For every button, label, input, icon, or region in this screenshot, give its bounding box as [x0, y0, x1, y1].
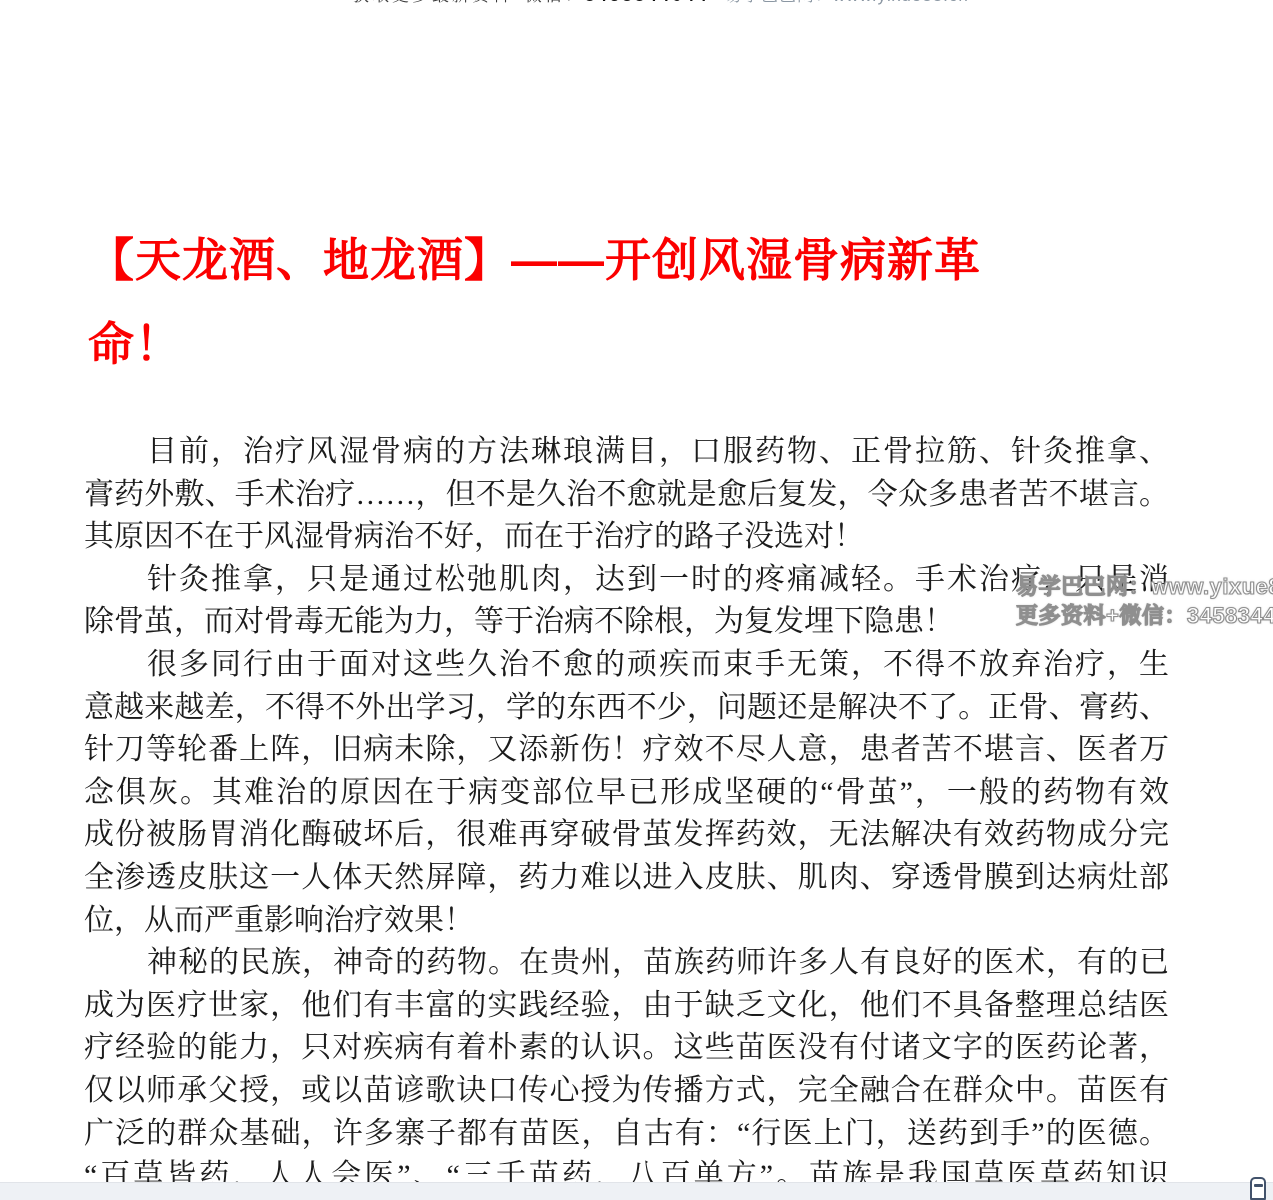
document-title-line2: 命！: [88, 302, 1178, 386]
document-body: 目前，治疗风湿骨病的方法琳琅满目，口服药物、正骨拉筋、针灸推拿、膏药外敷、手术治…: [84, 431, 1169, 1198]
watermark-wechat: 更多资料+微信：3458344044: [1016, 601, 1273, 630]
text-line: 广泛的群众基础，许多寨子都有苗医，自古有：“行医上门，送药到手”的医德。: [84, 1113, 1169, 1156]
clipped-header-text: 获取更多最新资料+微信：3458344044 易学巴巴网：www.yixue88…: [352, 0, 1222, 5]
text-line: 神秘的民族，神奇的药物。在贵州，苗族药师许多人有良好的医术，有的已: [84, 942, 1169, 985]
paragraph: 针灸推拿，只是通过松弛肌肉，达到一时的疼痛减轻。手术治疗，只是消除骨茧，而对骨毒…: [84, 559, 1169, 644]
text-line: 其原因不在于风湿骨病治不好，而在于治疗的路子没选对！: [84, 516, 1169, 559]
text-line: 疗经验的能力，只对疾病有着朴素的认识。这些苗医没有付诸文字的医药论著，: [84, 1027, 1169, 1070]
notes-panel-icon: [1254, 1184, 1263, 1187]
watermark: 易学巴巴网：www.yixue88.cn 更多资料+微信：3458344044: [1016, 572, 1273, 630]
document-title-line1: 【天龙酒、地龙酒】——开创风湿骨病新革: [88, 218, 1178, 302]
text-line: 除骨茧，而对骨毒无能为力，等于治病不除根，为复发埋下隐患！: [84, 601, 1169, 644]
text-line: 念俱灰。其难治的原因在于病变部位早已形成坚硬的“骨茧”，一般的药物有效: [84, 772, 1169, 815]
paragraph: 神秘的民族，神奇的药物。在贵州，苗族药师许多人有良好的医术，有的已成为医疗世家，…: [84, 942, 1169, 1198]
text-line: 成为医疗世家，他们有丰富的实践经验，由于缺乏文化，他们不具备整理总结医: [84, 985, 1169, 1028]
watermark-site: 易学巴巴网：www.yixue88.cn: [1016, 572, 1273, 601]
text-line: 位，从而严重影响治疗效果！: [84, 900, 1169, 943]
text-line: 全渗透皮肤这一人体天然屏障，药力难以进入皮肤、肌肉、穿透骨膜到达病灶部: [84, 857, 1169, 900]
clipped-header-left: 获取更多最新资料+微信：: [352, 0, 585, 5]
clipped-header-strip: 获取更多最新资料+微信：3458344044 易学巴巴网：www.yixue88…: [352, 0, 1222, 7]
footer-bar: [0, 1182, 1273, 1200]
text-line: 膏药外敷、手术治疗……，但不是久治不愈就是愈后复发，令众多患者苦不堪言。: [84, 474, 1169, 517]
text-line: 目前，治疗风湿骨病的方法琳琅满目，口服药物、正骨拉筋、针灸推拿、: [84, 431, 1169, 474]
document-title: 【天龙酒、地龙酒】——开创风湿骨病新革 命！: [88, 218, 1178, 386]
paragraph: 很多同行由于面对这些久治不愈的顽疾而束手无策，不得不放弃治疗，生意越来越差，不得…: [84, 644, 1169, 942]
text-line: 针灸推拿，只是通过松弛肌肉，达到一时的疼痛减轻。手术治疗，只是消: [84, 559, 1169, 602]
text-line: 成份被肠胃消化酶破坏后，很难再穿破骨茧发挥药效，无法解决有效药物成分完: [84, 814, 1169, 857]
paragraph: 目前，治疗风湿骨病的方法琳琅满目，口服药物、正骨拉筋、针灸推拿、膏药外敷、手术治…: [84, 431, 1169, 559]
clipped-header-url: 易学巴巴网：www.yixue88.cn: [725, 0, 969, 5]
clipped-header-number: 3458344044: [585, 0, 710, 5]
notes-panel-button[interactable]: [1250, 1177, 1266, 1200]
text-line: 很多同行由于面对这些久治不愈的顽疾而束手无策，不得不放弃治疗，生: [84, 644, 1169, 687]
text-line: 针刀等轮番上阵，旧病未除，又添新伤！疗效不尽人意，患者苦不堪言、医者万: [84, 729, 1169, 772]
text-line: 意越来越差，不得不外出学习，学的东西不少，问题还是解决不了。正骨、膏药、: [84, 687, 1169, 730]
text-line: 仅以师承父授，或以苗谚歌诀口传心授为传播方式，完全融合在群众中。苗医有: [84, 1070, 1169, 1113]
